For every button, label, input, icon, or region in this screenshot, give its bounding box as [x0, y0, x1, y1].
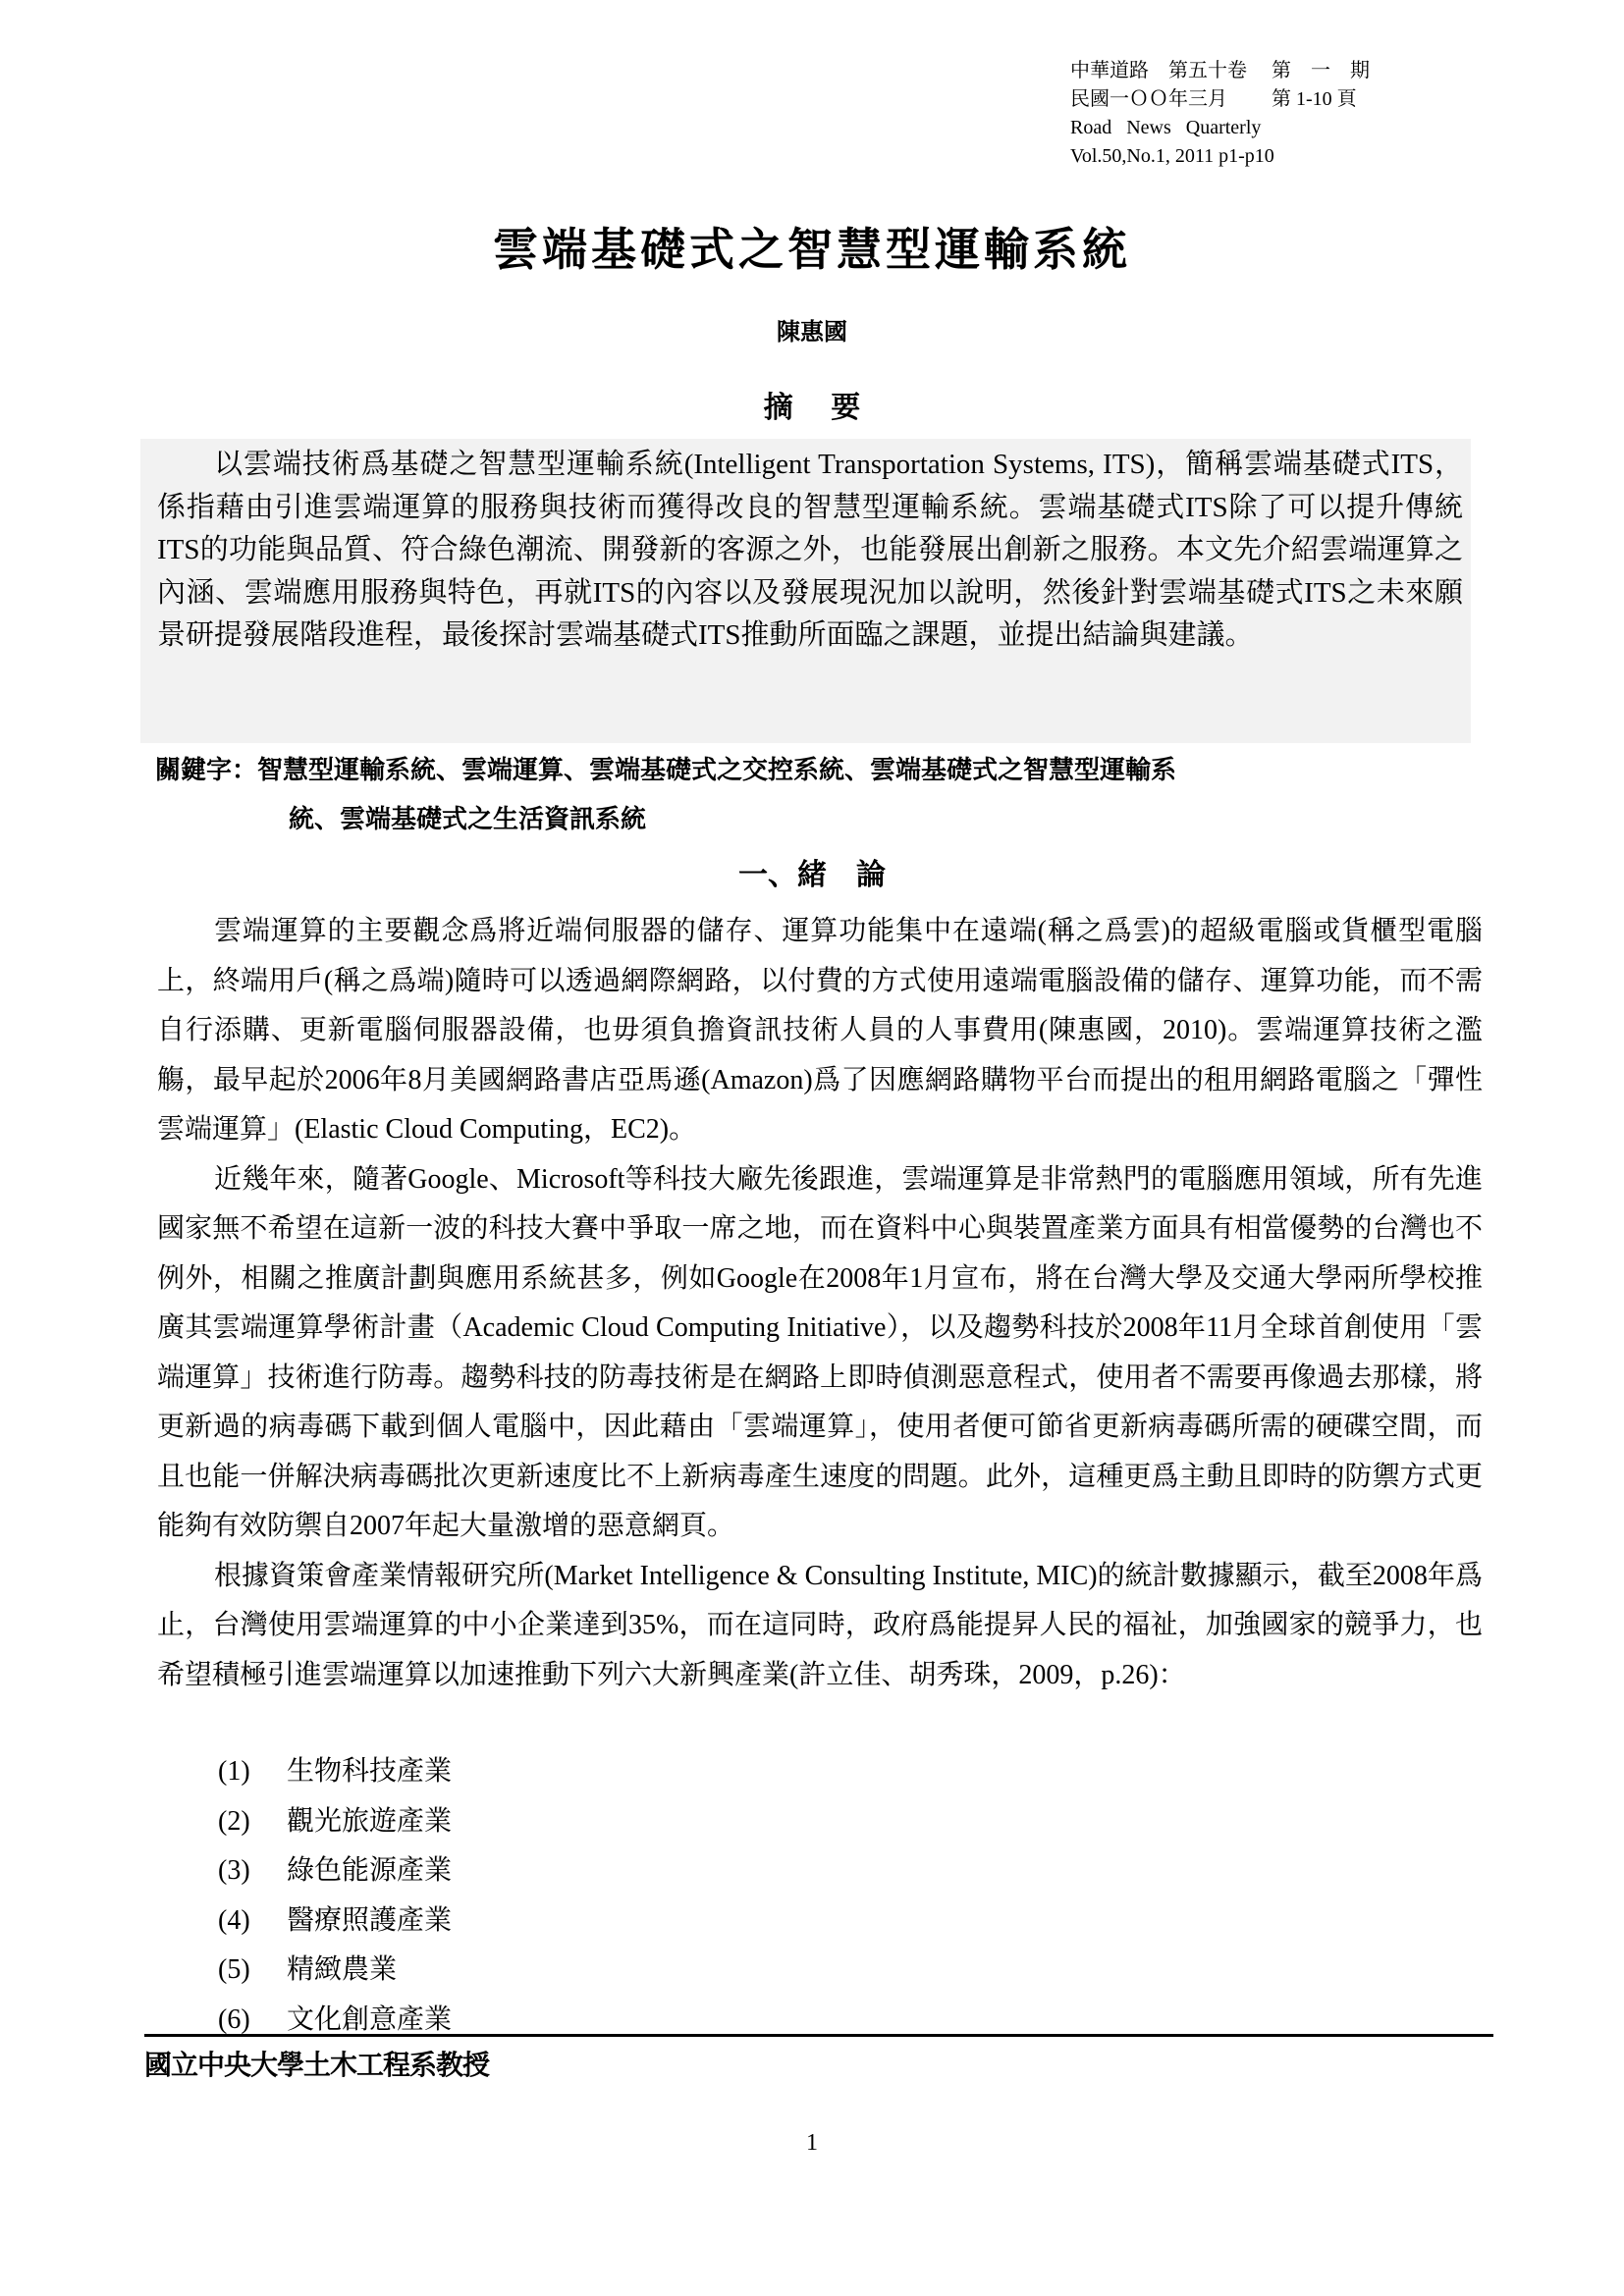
list-item-label: 精緻農業 — [287, 1946, 397, 1996]
list-item: (2) 觀光旅遊產業 — [218, 1797, 452, 1847]
list-item-label: 生物科技產業 — [287, 1747, 452, 1797]
keywords-line-1: 智慧型運輸系統、雲端運算、雲端基礎式之交控系統、雲端基礎式之智慧型運輸系 — [257, 756, 1176, 785]
section-heading-introduction: 一、緒 論 — [0, 850, 1624, 893]
keywords-label: 關鍵字： — [155, 756, 257, 785]
introduction-body: 雲端運算的主要觀念爲將近端伺服器的儲存、運算功能集中在遠端(稱之爲雲)的超級電腦… — [157, 907, 1483, 1700]
list-item-label: 綠色能源產業 — [287, 1846, 452, 1896]
industry-list: (1) 生物科技產業 (2) 觀光旅遊產業 (3) 綠色能源產業 (4) 醫療照… — [218, 1747, 452, 2045]
list-item: (1) 生物科技產業 — [218, 1747, 452, 1797]
list-item-label: 文化創意產業 — [287, 1996, 452, 2046]
list-item-number: (2) — [218, 1797, 287, 1847]
abstract-heading: 摘 要 — [0, 383, 1624, 426]
journal-header: 中華道路 第五十卷 第 一 期 民國一ＯＯ年三月 第 1-10 頁 Road N… — [1070, 57, 1370, 171]
keywords-line-2: 統、雲端基礎式之生活資訊系統 — [155, 795, 1490, 844]
footnote-divider — [144, 2034, 1493, 2037]
list-item: (5) 精緻農業 — [218, 1946, 452, 1996]
author-affiliation: 國立中央大學土木工程系教授 — [144, 2044, 489, 2083]
paper-title: 雲端基礎式之智慧型運輸系統 — [0, 214, 1624, 279]
list-item: (4) 醫療照護產業 — [218, 1896, 452, 1947]
list-item-label: 醫療照護產業 — [287, 1896, 452, 1947]
list-item-number: (1) — [218, 1747, 287, 1797]
page-number: 1 — [0, 2130, 1624, 2157]
journal-header-line: Road News Quarterly — [1070, 114, 1370, 142]
paragraph: 近幾年來，隨著Google、Microsoft等科技大廠先後跟進，雲端運算是非常… — [157, 1155, 1483, 1552]
journal-header-line: 中華道路 第五十卷 第 一 期 — [1070, 57, 1370, 85]
author-name: 陳惠國 — [0, 312, 1624, 347]
paragraph: 根據資策會產業情報研究所(Market Intelligence & Consu… — [157, 1552, 1483, 1701]
journal-header-line: Vol.50,No.1, 2011 p1-p10 — [1070, 142, 1370, 171]
abstract-text: 以雲端技術爲基礎之智慧型運輸系統(Intelligent Transportat… — [157, 444, 1463, 658]
list-item-number: (3) — [218, 1846, 287, 1896]
journal-header-line: 民國一ＯＯ年三月 第 1-10 頁 — [1070, 85, 1370, 114]
list-item-number: (5) — [218, 1946, 287, 1996]
keywords: 關鍵字：智慧型運輸系統、雲端運算、雲端基礎式之交控系統、雲端基礎式之智慧型運輸系… — [155, 746, 1490, 844]
list-item: (3) 綠色能源產業 — [218, 1846, 452, 1896]
list-item-label: 觀光旅遊產業 — [287, 1797, 452, 1847]
list-item-number: (6) — [218, 1996, 287, 2046]
list-item-number: (4) — [218, 1896, 287, 1947]
list-item: (6) 文化創意產業 — [218, 1996, 452, 2046]
paragraph: 雲端運算的主要觀念爲將近端伺服器的儲存、運算功能集中在遠端(稱之爲雲)的超級電腦… — [157, 907, 1483, 1155]
